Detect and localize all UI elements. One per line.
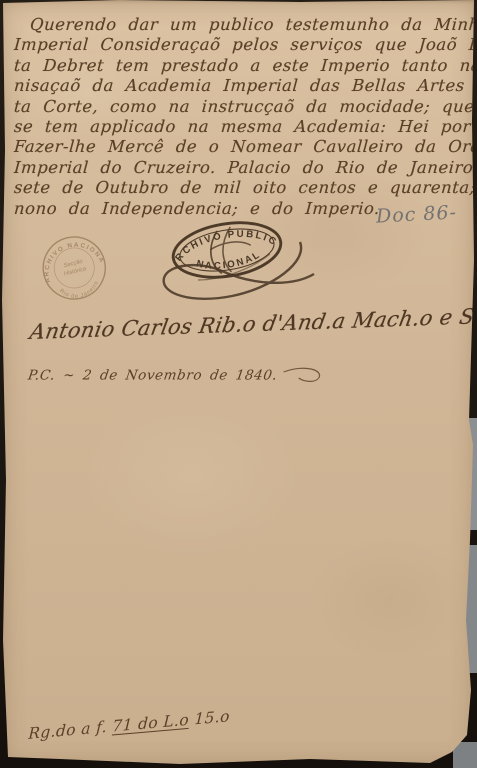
registration-folio: 71 do L.o [112,711,190,736]
pencil-doc-number: Doc 86- [375,200,476,227]
signature-rubric-flourish-icon [150,236,322,320]
registration-prefix: Rg.do a f. [28,717,113,743]
pen-flourish-icon [280,366,329,386]
registration-note: Rg.do a f. 71 do L.o 15.o [28,707,230,743]
secretary-date-text: P.C. ~ 2 de Novembro de 1840. [27,368,279,384]
secretary-date-note: P.C. ~ 2 de Novembro de 1840. [27,366,329,386]
paper-sheet: Querendo dar um publico testemunho da Mi… [0,0,477,768]
manuscript-line: Imperial Consideraçaõ pelos serviços que… [13,35,477,55]
manuscript-line: Imperial do Cruzeiro. Palacio do Rio de … [13,158,477,178]
manuscript-line: Fazer-lhe Mercê de o Nomear Cavalleiro d… [13,137,477,157]
manuscript-body: Querendo dar um publico testemunho da Mi… [14,15,477,219]
manuscript-line: nisaçaõ da Academia Imperial das Bellas … [13,76,477,96]
manuscript-line: sete de Outubro de mil oito centos e qua… [13,178,477,198]
manuscript-line: se tem applicado na mesma Academia: Hei … [13,117,477,137]
svg-text:Rio de Janeiro: Rio de Janeiro [57,279,103,305]
archivo-nacional-round-stamp-icon: ARCHIVO NACIONAL Secção Histórica Rio de… [28,223,119,311]
signature-antonio-carlos: Antonio Carlos Rib.o d'And.a Mach.o e S.… [28,308,372,344]
scanned-manuscript-page: Querendo dar um publico testemunho da Mi… [0,0,477,768]
registration-suffix: 15.o [189,707,231,729]
manuscript-line: ta Debret tem prestado a este Imperio ta… [13,56,477,76]
manuscript-line: ta Corte, como na instrucçaõ da mocidade… [13,97,477,117]
manuscript-line: Querendo dar um publico testemunho da Mi… [13,15,477,35]
